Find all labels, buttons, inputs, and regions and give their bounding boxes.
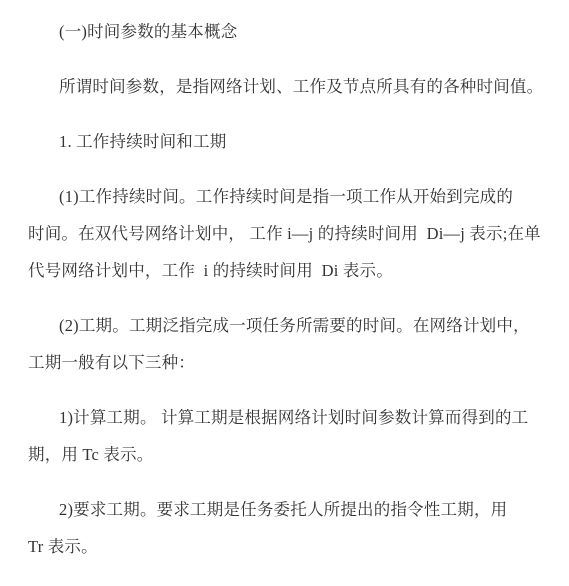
text-line: (1)工作持续时间。工作持续时间是指一项工作从开始到完成的: [28, 178, 543, 215]
text-line: 工期一般有以下三种：: [28, 344, 543, 381]
text-line: Tr 表示。: [28, 528, 543, 565]
text-line: 2)要求工期。要求工期是任务委托人所提出的指令性工期，用: [28, 491, 543, 528]
paragraph-calculated-duration: 1)计算工期。 计算工期是根据网络计划时间参数计算而得到的工 期，用 Tc 表示…: [28, 399, 543, 473]
document-page: (一)时间参数的基本概念 所谓时间参数，是指网络计划、工作及节点所具有的各种时间…: [0, 0, 569, 586]
paragraph-section-heading: (一)时间参数的基本概念: [28, 13, 543, 50]
text-line: 所谓时间参数，是指网络计划、工作及节点所具有的各种时间值。: [28, 68, 543, 105]
text-line: 1. 工作持续时间和工期: [28, 123, 543, 160]
paragraph-intro: 所谓时间参数，是指网络计划、工作及节点所具有的各种时间值。: [28, 68, 543, 105]
paragraph-project-duration: (2)工期。工期泛指完成一项任务所需要的时间。在网络计划中， 工期一般有以下三种…: [28, 307, 543, 381]
paragraph-numbered-heading: 1. 工作持续时间和工期: [28, 123, 543, 160]
paragraph-work-duration: (1)工作持续时间。工作持续时间是指一项工作从开始到完成的 时间。在双代号网络计…: [28, 178, 543, 289]
text-line: 时间。在双代号网络计划中， 工作 i—j 的持续时间用 Di—j 表示;在单: [28, 215, 543, 252]
text-line: (一)时间参数的基本概念: [28, 13, 543, 50]
text-line: (2)工期。工期泛指完成一项任务所需要的时间。在网络计划中，: [28, 307, 543, 344]
paragraph-required-duration: 2)要求工期。要求工期是任务委托人所提出的指令性工期，用 Tr 表示。: [28, 491, 543, 565]
text-line: 代号网络计划中，工作 i 的持续时间用 Di 表示。: [28, 252, 543, 289]
text-line: 期，用 Tc 表示。: [28, 436, 543, 473]
text-line: 1)计算工期。 计算工期是根据网络计划时间参数计算而得到的工: [28, 399, 543, 436]
